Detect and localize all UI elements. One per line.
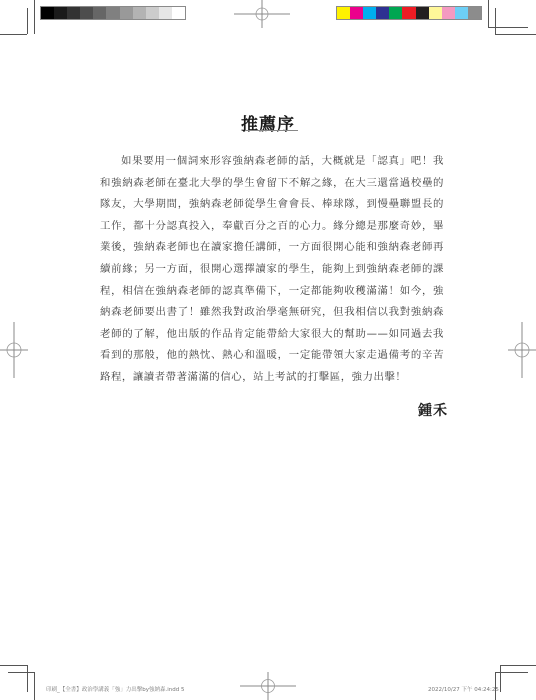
slug-filename: 印刷_【全書】政治學講義「強」力出擊by強納森.indd 5 xyxy=(46,685,185,693)
crop-mark-bottom-right-h2 xyxy=(495,672,528,673)
crop-mark-bottom-left-h xyxy=(0,665,27,666)
registration-mark-top-icon xyxy=(234,0,290,28)
author-signature: 鍾禾 xyxy=(418,400,448,420)
body-paragraph: 如果要用一個詞來形容強納森老師的話，大概就是「認真」吧！我和強納森老師在臺北大學… xyxy=(100,151,444,389)
crop-mark-top-left-v xyxy=(34,0,35,34)
slug-timestamp: 2022/10/27 下午 04:24:25 xyxy=(428,685,499,693)
crop-mark-top-left-v2 xyxy=(27,8,28,34)
crop-mark-top-right-v xyxy=(488,0,489,27)
crop-mark-top-right-v2 xyxy=(495,8,496,35)
crop-mark-top-right-h2 xyxy=(488,27,528,28)
registration-mark-left-icon xyxy=(0,322,28,378)
crop-mark-bottom-left-v xyxy=(27,665,28,692)
crop-mark-bottom-right-h xyxy=(500,665,536,666)
page-title: 推薦序 xyxy=(0,110,536,135)
crop-mark-top-right-h xyxy=(495,34,536,35)
grayscale-calibration-bar xyxy=(40,6,186,20)
crop-mark-bottom-left-h2 xyxy=(8,672,35,673)
crop-mark-bottom-right-v xyxy=(500,665,501,692)
crop-mark-top-left-h xyxy=(0,34,27,35)
title-underline xyxy=(246,130,298,131)
registration-mark-bottom-icon xyxy=(240,672,296,700)
registration-mark-right-icon xyxy=(508,322,536,378)
color-calibration-bar xyxy=(336,6,482,20)
crop-mark-bottom-left-v2 xyxy=(34,672,35,700)
